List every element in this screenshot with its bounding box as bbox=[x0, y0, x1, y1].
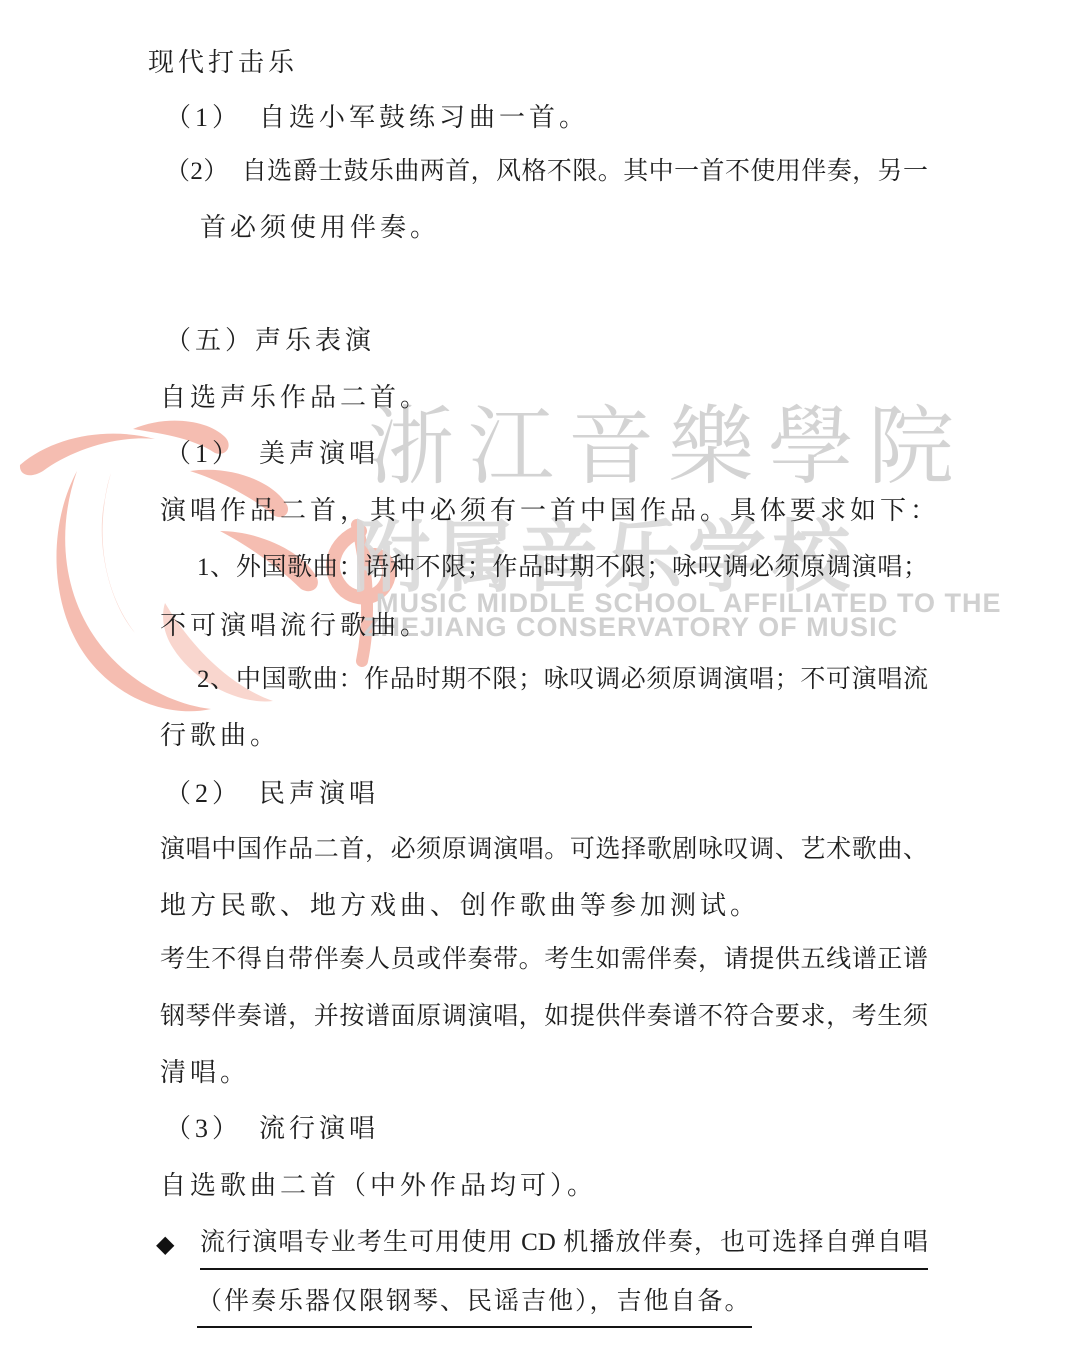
section-title-vocal-performance: （五）声乐表演 bbox=[165, 325, 375, 356]
subsection-title-folk-singing: （2） 民声演唱 bbox=[165, 778, 379, 809]
section-title-modern-percussion: 现代打击乐 bbox=[148, 47, 298, 78]
doc-line: 自选声乐作品二首。 bbox=[160, 382, 430, 413]
subsection-title-bel-canto: （1） 美声演唱 bbox=[165, 438, 379, 469]
doc-line: 2、中国歌曲：作品时期不限；咏叹调必须原调演唱；不可演唱流 bbox=[197, 665, 928, 699]
watermark-school-name-en-line2: ZHEJIANG CONSERVATORY OF MUSIC bbox=[363, 614, 898, 641]
underlined-text: （伴奏乐器仅限钢琴、民谣吉他），吉他自备。 bbox=[197, 1287, 752, 1328]
doc-line: 地方民歌、地方戏曲、创作歌曲等参加测试。 bbox=[160, 890, 760, 921]
doc-line: 考生不得自带伴奏人员或伴奏带。考生如需伴奏，请提供五线谱正谱 bbox=[160, 945, 928, 979]
doc-line: （2） 自选爵士鼓乐曲两首，风格不限。其中一首不使用伴奏，另一 bbox=[165, 157, 928, 191]
doc-line: 演唱中国作品二首，必须原调演唱。可选择歌剧咏叹调、艺术歌曲、 bbox=[160, 835, 928, 869]
doc-line: 钢琴伴奏谱，并按谱面原调演唱，如提供伴奏谱不符合要求，考生须 bbox=[160, 1002, 928, 1036]
doc-line: 演唱作品二首，其中必须有一首中国作品。具体要求如下： bbox=[160, 495, 940, 526]
doc-line: 首必须使用伴奏。 bbox=[200, 212, 440, 243]
doc-line-underlined: 流行演唱专业考生可用使用 CD 机播放伴奏，也可选择自弹自唱 bbox=[200, 1228, 928, 1270]
doc-line: 1、外国歌曲：语种不限；作品时期不限；咏叹调必须原调演唱； bbox=[197, 553, 928, 587]
doc-line: 自选歌曲二首（中外作品均可）。 bbox=[160, 1170, 597, 1201]
watermark-school-name-en-line1: MUSIC MIDDLE SCHOOL AFFILIATED TO THE bbox=[376, 590, 1002, 617]
doc-line: 行歌曲。 bbox=[160, 720, 280, 751]
subsection-title-pop-singing: （3） 流行演唱 bbox=[165, 1113, 379, 1144]
document-page: 浙江音樂學院 附属音乐学校 MUSIC MIDDLE SCHOOL AFFILI… bbox=[0, 0, 1080, 1364]
diamond-bullet-icon: ◆ bbox=[156, 1230, 174, 1258]
doc-line: （1） 自选小军鼓练习曲一首。 bbox=[165, 102, 589, 133]
doc-line: 不可演唱流行歌曲。 bbox=[160, 610, 430, 641]
doc-line-underlined: （伴奏乐器仅限钢琴、民谣吉他），吉他自备。 bbox=[197, 1285, 752, 1328]
doc-line: 清唱。 bbox=[160, 1057, 250, 1088]
watermark-calligraphy: 浙江音樂學院 bbox=[368, 404, 968, 490]
